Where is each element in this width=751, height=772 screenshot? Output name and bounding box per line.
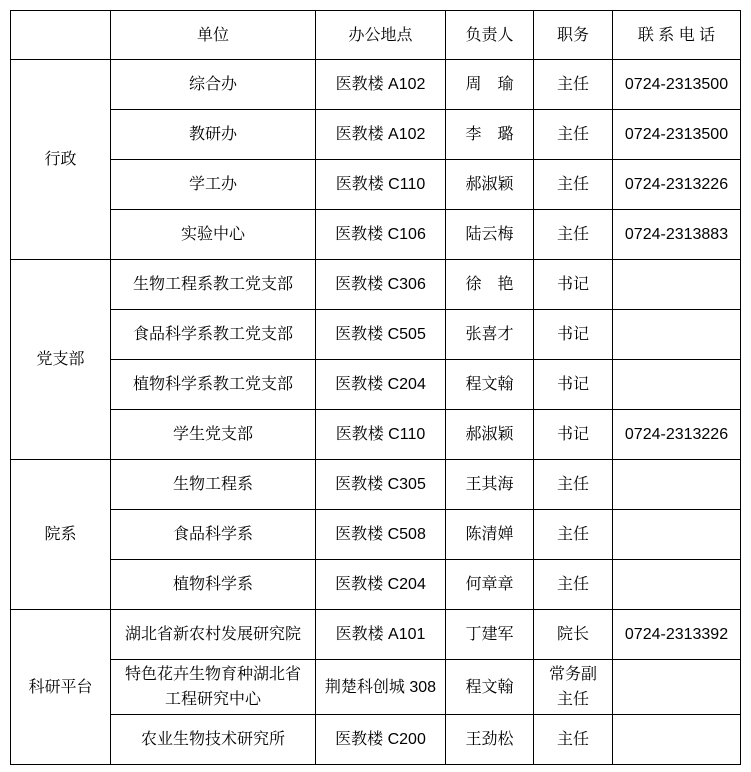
phone-cell: 0724-2313500	[613, 110, 741, 160]
header-location: 办公地点	[316, 11, 446, 60]
location-cell: 医教楼 C305	[316, 460, 446, 510]
table-row: 植物科学系教工党支部医教楼 C204程文翰书记	[11, 360, 741, 410]
title-cell: 主任	[534, 560, 613, 610]
unit-cell: 特色花卉生物育种湖北省 工程研究中心	[111, 660, 316, 715]
table-row: 特色花卉生物育种湖北省 工程研究中心荆楚科创城 308程文翰常务副 主任	[11, 660, 741, 715]
phone-cell: 0724-2313883	[613, 210, 741, 260]
phone-cell: 0724-2313392	[613, 610, 741, 660]
table-row: 植物科学系医教楼 C204何章章主任	[11, 560, 741, 610]
location-cell: 医教楼 A102	[316, 110, 446, 160]
unit-cell: 湖北省新农村发展研究院	[111, 610, 316, 660]
title-cell: 主任	[534, 715, 613, 765]
table-row: 农业生物技术研究所医教楼 C200王劲松主任	[11, 715, 741, 765]
person-cell: 丁建军	[446, 610, 534, 660]
table-row: 学工办医教楼 C110郝淑颖主任0724-2313226	[11, 160, 741, 210]
header-group	[11, 11, 111, 60]
location-cell: 荆楚科创城 308	[316, 660, 446, 715]
unit-cell: 食品科学系教工党支部	[111, 310, 316, 360]
title-cell: 书记	[534, 410, 613, 460]
phone-cell	[613, 560, 741, 610]
unit-cell: 生物工程系	[111, 460, 316, 510]
person-cell: 徐 艳	[446, 260, 534, 310]
group-label-cell: 院系	[11, 460, 111, 610]
group-label-cell: 行政	[11, 60, 111, 260]
department-contact-table: 单位 办公地点 负责人 职务 联 系 电 话 行政综合办医教楼 A102周 瑜主…	[10, 10, 741, 765]
title-cell: 书记	[534, 310, 613, 360]
person-cell: 郝淑颖	[446, 160, 534, 210]
unit-cell: 学生党支部	[111, 410, 316, 460]
phone-cell	[613, 260, 741, 310]
location-cell: 医教楼 C110	[316, 160, 446, 210]
unit-cell: 植物科学系	[111, 560, 316, 610]
table-row: 行政综合办医教楼 A102周 瑜主任0724-2313500	[11, 60, 741, 110]
person-cell: 张喜才	[446, 310, 534, 360]
unit-cell: 食品科学系	[111, 510, 316, 560]
title-cell: 主任	[534, 460, 613, 510]
location-cell: 医教楼 C306	[316, 260, 446, 310]
phone-cell	[613, 360, 741, 410]
title-cell: 主任	[534, 510, 613, 560]
person-cell: 陈清婵	[446, 510, 534, 560]
header-person: 负责人	[446, 11, 534, 60]
title-cell: 主任	[534, 110, 613, 160]
unit-cell: 植物科学系教工党支部	[111, 360, 316, 410]
table-row: 科研平台湖北省新农村发展研究院医教楼 A101丁建军院长0724-2313392	[11, 610, 741, 660]
person-cell: 李 璐	[446, 110, 534, 160]
unit-cell: 教研办	[111, 110, 316, 160]
header-title: 职务	[534, 11, 613, 60]
location-cell: 医教楼 C106	[316, 210, 446, 260]
header-unit: 单位	[111, 11, 316, 60]
person-cell: 程文翰	[446, 360, 534, 410]
title-cell: 书记	[534, 360, 613, 410]
location-cell: 医教楼 C505	[316, 310, 446, 360]
location-cell: 医教楼 C204	[316, 360, 446, 410]
person-cell: 何章章	[446, 560, 534, 610]
unit-cell: 农业生物技术研究所	[111, 715, 316, 765]
unit-cell: 学工办	[111, 160, 316, 210]
person-cell: 王其海	[446, 460, 534, 510]
location-cell: 医教楼 C508	[316, 510, 446, 560]
title-cell: 主任	[534, 60, 613, 110]
phone-cell: 0724-2313226	[613, 410, 741, 460]
person-cell: 周 瑜	[446, 60, 534, 110]
table-row: 食品科学系医教楼 C508陈清婵主任	[11, 510, 741, 560]
location-cell: 医教楼 C204	[316, 560, 446, 610]
person-cell: 程文翰	[446, 660, 534, 715]
table-row: 学生党支部医教楼 C110郝淑颖书记0724-2313226	[11, 410, 741, 460]
phone-cell: 0724-2313226	[613, 160, 741, 210]
header-phone: 联 系 电 话	[613, 11, 741, 60]
table-row: 食品科学系教工党支部医教楼 C505张喜才书记	[11, 310, 741, 360]
title-cell: 常务副 主任	[534, 660, 613, 715]
phone-cell: 0724-2313500	[613, 60, 741, 110]
title-cell: 院长	[534, 610, 613, 660]
table-row: 院系生物工程系医教楼 C305王其海主任	[11, 460, 741, 510]
location-cell: 医教楼 A102	[316, 60, 446, 110]
phone-cell	[613, 310, 741, 360]
table-row: 实验中心医教楼 C106陆云梅主任0724-2313883	[11, 210, 741, 260]
location-cell: 医教楼 C110	[316, 410, 446, 460]
phone-cell	[613, 660, 741, 715]
unit-cell: 实验中心	[111, 210, 316, 260]
person-cell: 王劲松	[446, 715, 534, 765]
group-label-cell: 党支部	[11, 260, 111, 460]
person-cell: 陆云梅	[446, 210, 534, 260]
header-row: 单位 办公地点 负责人 职务 联 系 电 话	[11, 11, 741, 60]
group-label-cell: 科研平台	[11, 610, 111, 765]
title-cell: 主任	[534, 210, 613, 260]
location-cell: 医教楼 A101	[316, 610, 446, 660]
table-row: 党支部生物工程系教工党支部医教楼 C306徐 艳书记	[11, 260, 741, 310]
person-cell: 郝淑颖	[446, 410, 534, 460]
unit-cell: 生物工程系教工党支部	[111, 260, 316, 310]
table-row: 教研办医教楼 A102李 璐主任0724-2313500	[11, 110, 741, 160]
phone-cell	[613, 715, 741, 765]
location-cell: 医教楼 C200	[316, 715, 446, 765]
title-cell: 书记	[534, 260, 613, 310]
phone-cell	[613, 510, 741, 560]
title-cell: 主任	[534, 160, 613, 210]
phone-cell	[613, 460, 741, 510]
unit-cell: 综合办	[111, 60, 316, 110]
